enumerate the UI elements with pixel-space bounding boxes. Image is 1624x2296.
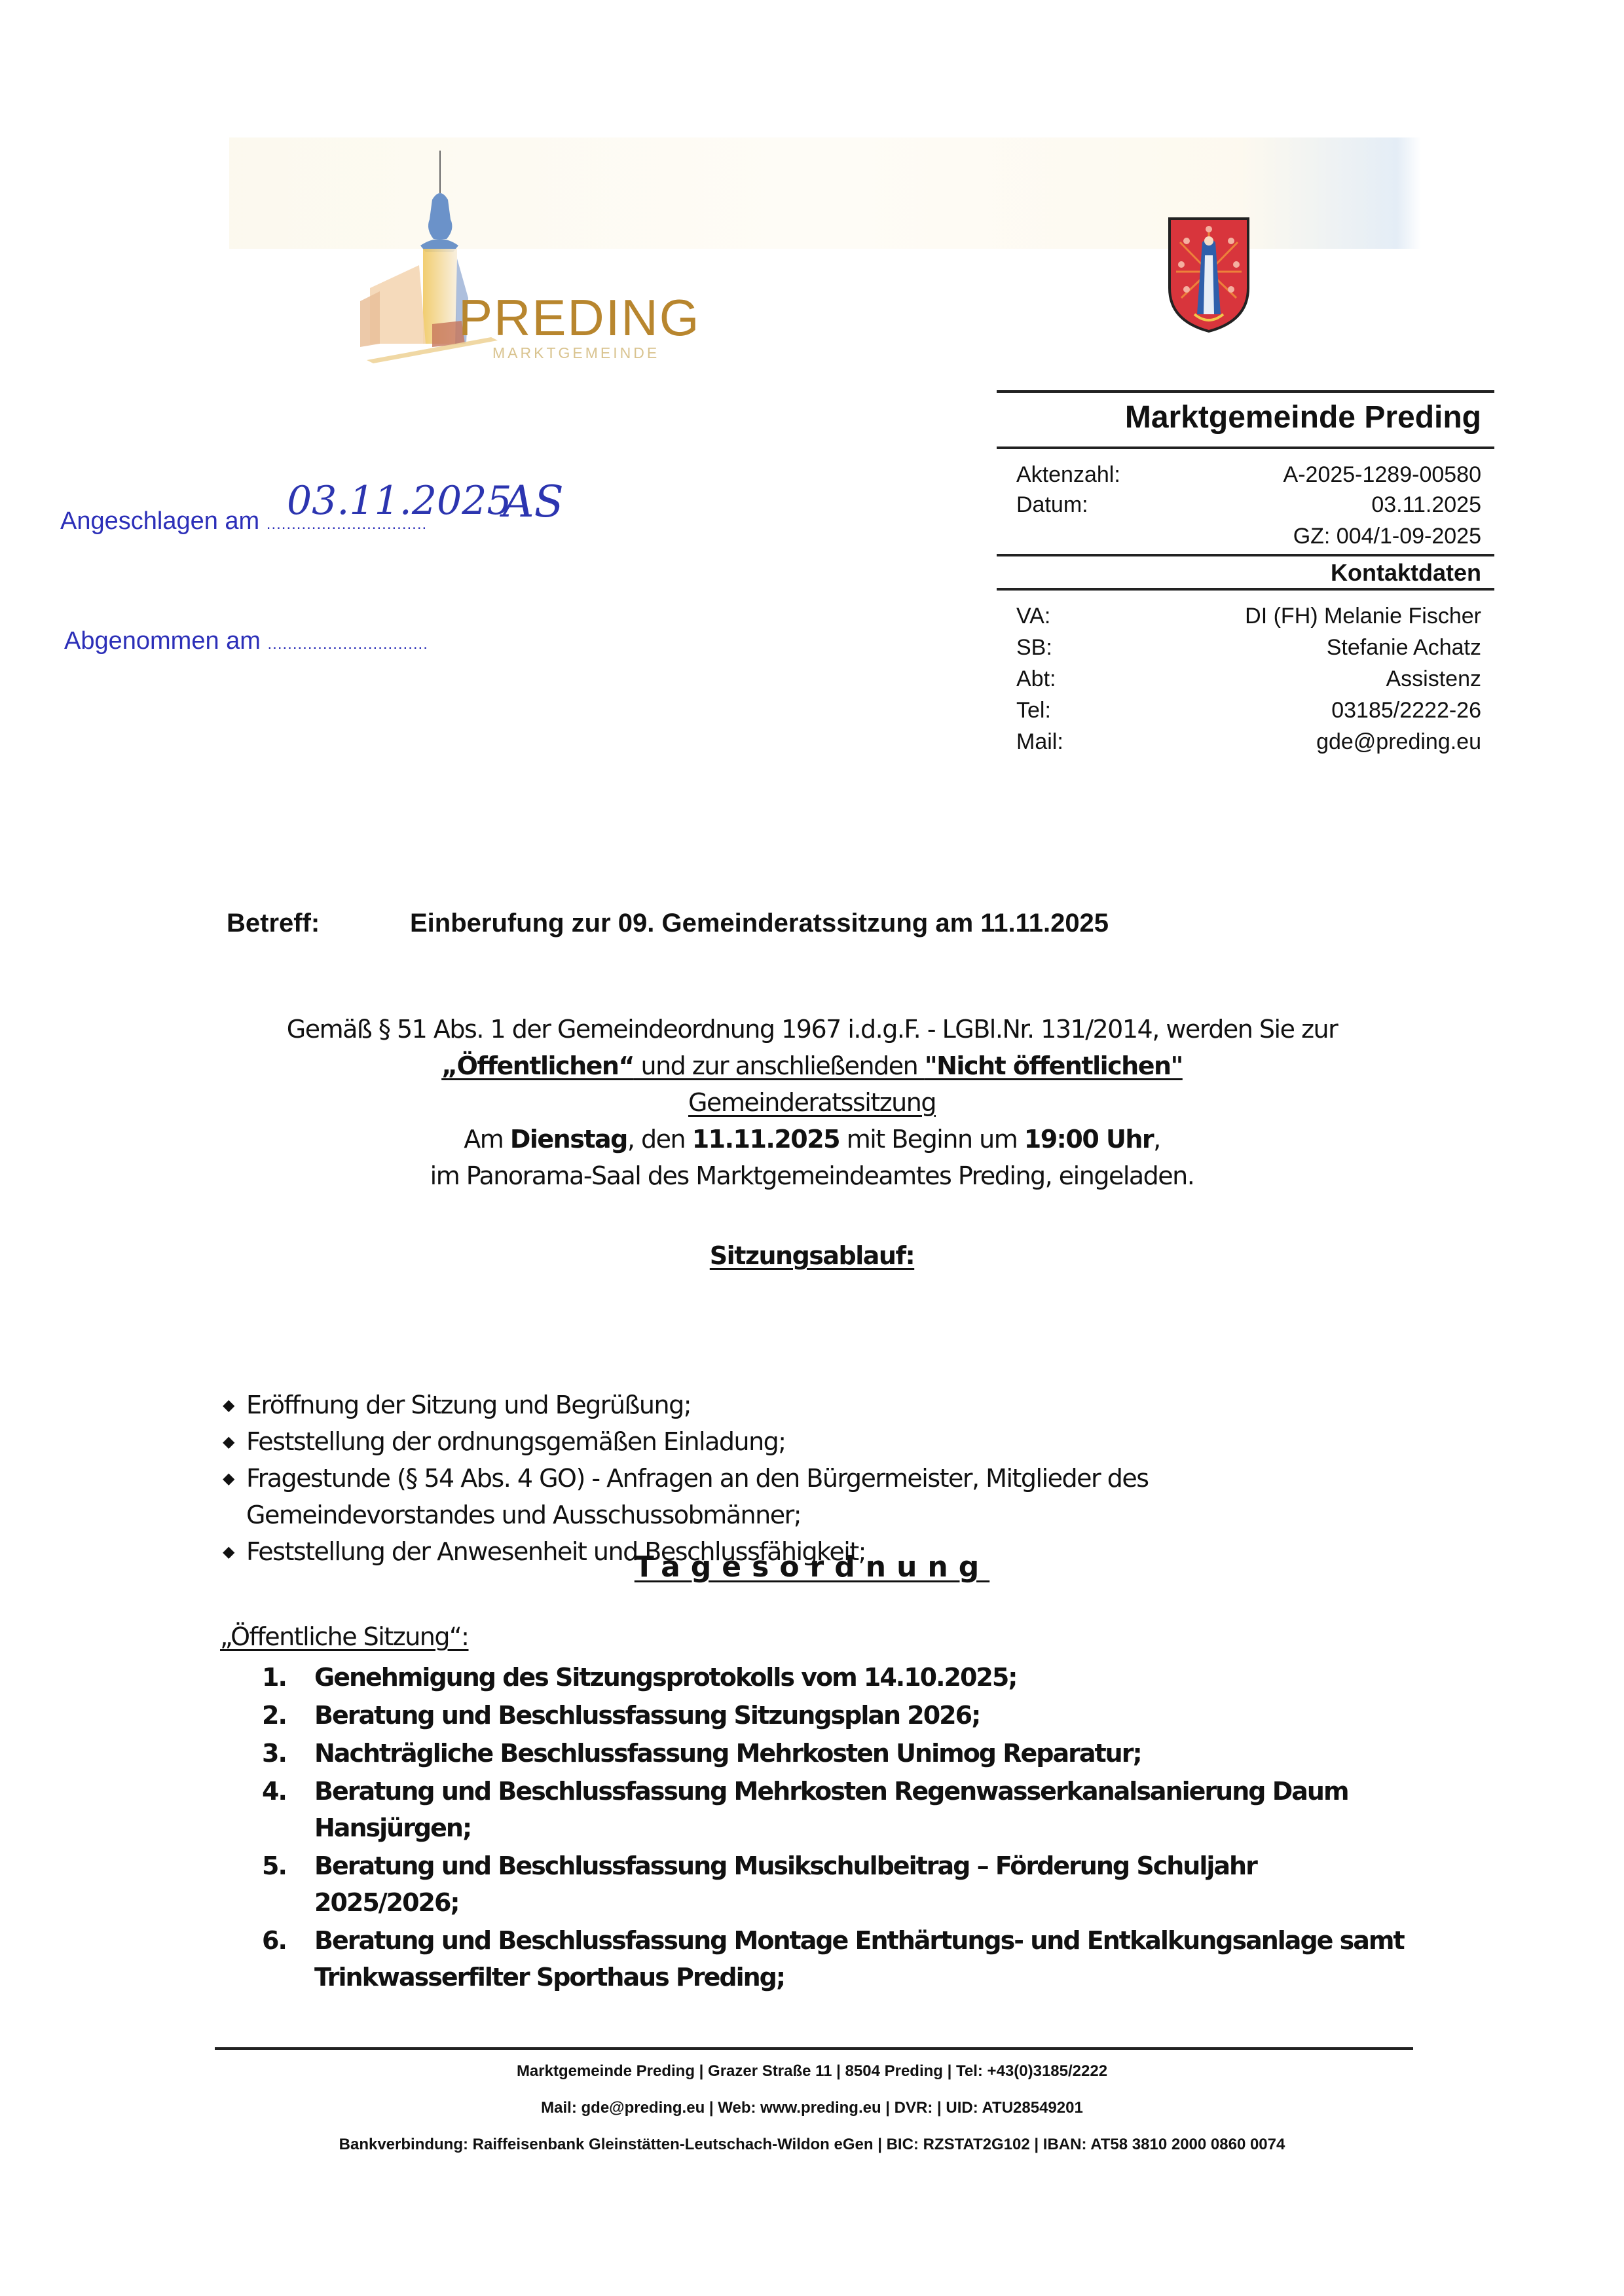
contact-row: Abt: Assistenz <box>1016 666 1481 697</box>
contact-row: Mail: gde@preding.eu <box>1016 729 1481 759</box>
intro-line-5: im Panorama-Saal des Marktgemeindeamtes … <box>196 1161 1428 1190</box>
contact-heading: Kontaktdaten <box>1331 559 1481 587</box>
reference-row: Datum: 03.11.2025 <box>1016 492 1481 522</box>
posted-label: Angeschlagen am <box>60 507 259 535</box>
reference-row: GZ: 004/1-09-2025 <box>1016 524 1481 554</box>
footer-address: Marktgemeinde Preding | Grazer Straße 11… <box>196 2062 1428 2081</box>
intro-line-1: Gemäß § 51 Abs. 1 der Gemeindeordnung 19… <box>196 1015 1428 1044</box>
reference-row: Aktenzahl: A-2025-1289-00580 <box>1016 462 1481 492</box>
procedure-heading: Sitzungsablauf: <box>196 1241 1428 1270</box>
intro-line-3: Gemeinderatssitzung <box>196 1088 1428 1117</box>
footer-bank: Bankverbindung: Raiffeisenbank Gleinstät… <box>196 2136 1428 2154</box>
procedure-item: ◆Feststellung der ordnungsgemäßen Einlad… <box>223 1423 1307 1460</box>
footer-contact: Mail: gde@preding.eu | Web: www.preding.… <box>196 2099 1428 2117</box>
agenda-item: 3.Nachträgliche Beschlussfassung Mehrkos… <box>262 1735 1428 1772</box>
posted-initials-handwritten: AS <box>503 477 564 527</box>
posted-date-handwritten: 03.11.2025 <box>287 478 512 524</box>
removed-label: Abgenommen am <box>64 627 261 655</box>
subject-text: Einberufung zur 09. Gemeinderatssitzung … <box>410 909 1109 938</box>
agenda-section-title: „Öffentliche Sitzung“: <box>220 1622 469 1651</box>
diamond-bullet-icon: ◆ <box>223 1423 234 1460</box>
diamond-bullet-icon: ◆ <box>223 1460 234 1497</box>
footer-divider <box>215 2047 1413 2050</box>
intro-line-4: Am Dienstag, den 11.11.2025 mit Beginn u… <box>196 1125 1428 1154</box>
organization-name: Marktgemeinde Preding <box>1125 399 1481 435</box>
contact-row: Tel: 03185/2222-26 <box>1016 698 1481 728</box>
logo-subtitle: MARKTGEMEINDE <box>492 344 659 362</box>
subject-label: Betreff: <box>227 909 320 938</box>
intro-line-2: „Öffentlichen“ und zur anschließenden "N… <box>196 1051 1428 1080</box>
agenda-item: 4.Beratung und Beschlussfassung Mehrkost… <box>262 1773 1388 1846</box>
agenda-list: 1.Genehmigung des Sitzungsprotokolls vom… <box>262 1659 1441 1997</box>
diamond-bullet-icon: ◆ <box>223 1387 234 1423</box>
contact-row: SB: Stefanie Achatz <box>1016 635 1481 665</box>
agenda-item: 2.Beratung und Beschlussfassung Sitzungs… <box>262 1697 1428 1734</box>
agenda-heading: Tagesordnung <box>196 1550 1428 1584</box>
agenda-item: 6.Beratung und Beschlussfassung Montage … <box>262 1922 1441 1995</box>
removed-stamp: Abgenommen am ..........................… <box>64 627 428 655</box>
contact-row: VA: DI (FH) Melanie Fischer <box>1016 604 1481 634</box>
coat-of-arms-icon <box>1167 216 1251 334</box>
agenda-item: 5.Beratung und Beschlussfassung Musiksch… <box>262 1848 1310 1921</box>
procedure-item: ◆Fragestunde (§ 54 Abs. 4 GO) - Anfragen… <box>223 1460 1307 1533</box>
procedure-item: ◆Eröffnung der Sitzung und Begrüßung; <box>223 1387 1307 1423</box>
procedure-list: ◆Eröffnung der Sitzung und Begrüßung; ◆F… <box>223 1387 1307 1570</box>
logo-wordmark: PREDING <box>458 288 700 348</box>
removed-dots: ................................ <box>268 635 428 653</box>
agenda-item: 1.Genehmigung des Sitzungsprotokolls vom… <box>262 1659 1428 1696</box>
